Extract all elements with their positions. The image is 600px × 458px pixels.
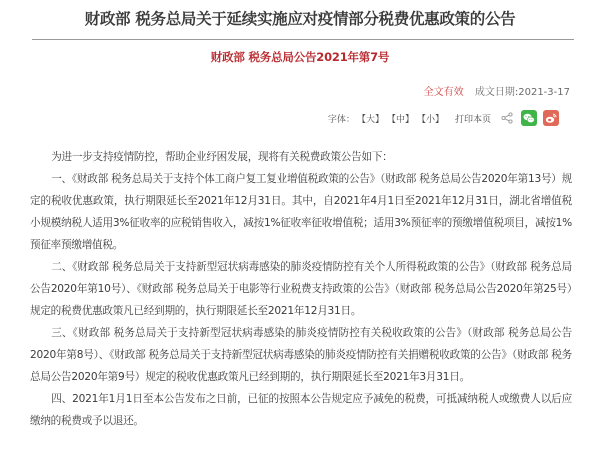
weibo-share-icon[interactable] bbox=[543, 110, 559, 126]
toolbar: 字体： 【大】 【中】 【小】 打印本页 bbox=[328, 107, 565, 129]
date-value: 2021-3-17 bbox=[518, 87, 570, 98]
font-size-label: 字体： bbox=[328, 112, 355, 125]
body-paragraph-4: 四、2021年1月1日至本公告发布之日前，已征的按照本公告规定应予减免的税费，可… bbox=[30, 388, 572, 432]
wechat-share-icon[interactable] bbox=[521, 110, 537, 126]
body-paragraph-1: 一、《财政部 税务总局关于支持个体工商户复工复业增值税政策的公告》（财政部 税务… bbox=[30, 168, 572, 256]
page-title: 财政部 税务总局关于延续实施应对疫情部分税费优惠政策的公告 bbox=[0, 8, 600, 30]
body-paragraph-3: 三、《财政部 税务总局关于支持新型冠状病毒感染的肺炎疫情防控有关税收政策的公告》… bbox=[30, 322, 572, 388]
font-size-medium-button[interactable]: 【中】 bbox=[387, 112, 414, 125]
print-button[interactable]: 打印本页 bbox=[455, 112, 491, 125]
document-meta: 全文有效 成文日期:2021-3-17 bbox=[424, 86, 570, 100]
date-label: 成文日期: bbox=[475, 87, 518, 98]
title-divider bbox=[32, 39, 574, 40]
validity-status: 全文有效 bbox=[424, 87, 464, 98]
font-size-large-button[interactable]: 【大】 bbox=[357, 112, 384, 125]
font-size-small-button[interactable]: 【小】 bbox=[417, 112, 444, 125]
body-paragraph-intro: 为进一步支持疫情防控，帮助企业纾困发展，现将有关税费政策公告如下： bbox=[30, 146, 572, 168]
document-body: 为进一步支持疫情防控，帮助企业纾困发展，现将有关税费政策公告如下： 一、《财政部… bbox=[30, 146, 572, 432]
document-number: 财政部 税务总局公告2021年第7号 bbox=[0, 48, 600, 66]
share-icon[interactable] bbox=[501, 112, 513, 124]
body-paragraph-2: 二、《财政部 税务总局关于支持新型冠状病毒感染的肺炎疫情防控有关个人所得税政策的… bbox=[30, 256, 572, 322]
